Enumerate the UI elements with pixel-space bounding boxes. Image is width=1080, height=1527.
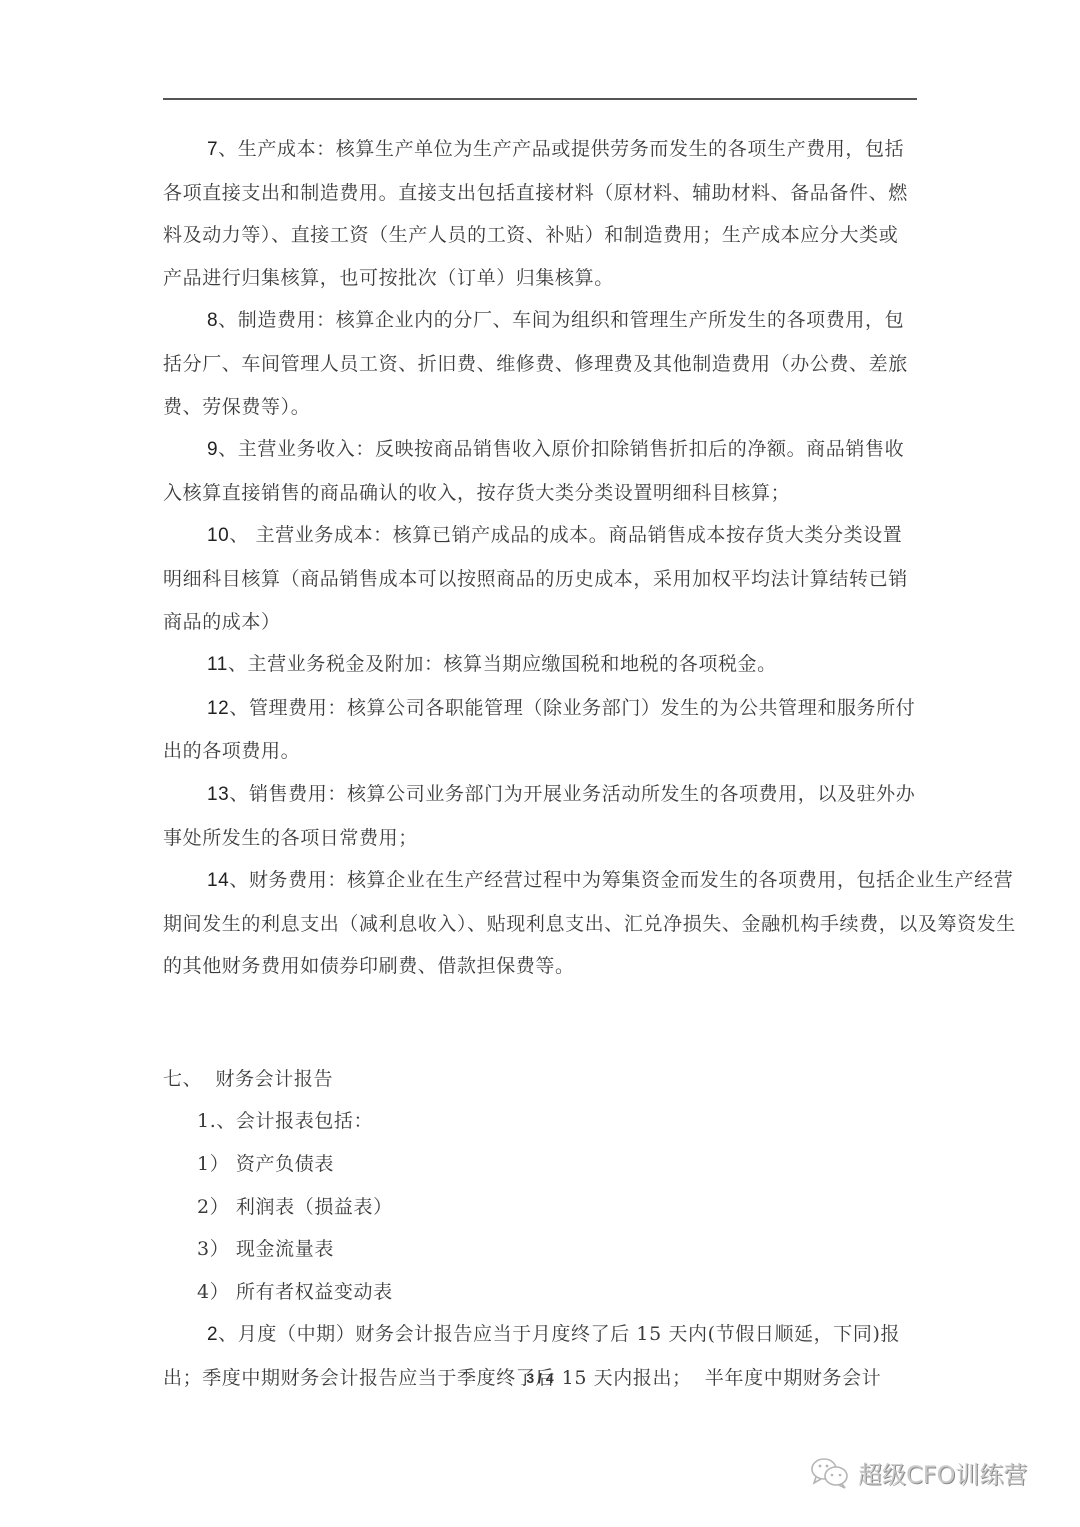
section-spacer [163, 988, 1023, 1058]
document-page: 7、生产成本：核算生产单位为生产产品或提供劳务而发生的各项生产费用，包括各项直接… [163, 128, 1023, 1400]
section-title: 七、 财务会计报告 [163, 1058, 1023, 1101]
section-subheading: 1.、会计报表包括： [163, 1100, 1023, 1143]
report-item-3: 3） 现金流量表 [163, 1228, 1023, 1271]
paragraph-report-deadline: 2、月度（中期）财务会计报告应当于月度终了后 15 天内(节假日顺延，下同)报出… [163, 1313, 917, 1399]
paragraph-8: 8、制造费用：核算企业内的分厂、车间为组织和管理生产所发生的各项费用，包括分厂、… [163, 299, 917, 428]
header-rule [163, 98, 917, 100]
watermark-text: 超级CFO训练营 [858, 1455, 1027, 1490]
paragraph-14: 14、财务费用：核算企业在生产经营过程中为筹集资金而发生的各项费用，包括企业生产… [163, 859, 1018, 988]
report-item-4: 4） 所有者权益变动表 [163, 1271, 1023, 1314]
paragraph-7: 7、生产成本：核算生产单位为生产产品或提供劳务而发生的各项生产费用，包括各项直接… [163, 128, 917, 299]
paragraph-11: 11、主营业务税金及附加：核算当期应缴国税和地税的各项税金。 [163, 643, 917, 687]
report-item-1: 1） 资产负债表 [163, 1143, 1023, 1186]
report-item-2: 2） 利润表（损益表） [163, 1186, 1023, 1229]
page-number: 3 / 4 [0, 1370, 1080, 1386]
wechat-icon [810, 1456, 850, 1490]
watermark: 超级CFO训练营 [810, 1455, 1027, 1490]
paragraph-12: 12、管理费用：核算公司各职能管理（除业务部门）发生的为公共管理和服务所付出的各… [163, 687, 917, 773]
paragraph-13: 13、销售费用：核算公司业务部门为开展业务活动所发生的各项费用，以及驻外办事处所… [163, 773, 917, 859]
paragraph-9: 9、主营业务收入：反映按商品销售收入原价扣除销售折扣后的净额。商品销售收入核算直… [163, 428, 917, 514]
paragraph-10: 10、 主营业务成本：核算已销产成品的成本。商品销售成本按存货大类分类设置明细科… [163, 514, 917, 643]
